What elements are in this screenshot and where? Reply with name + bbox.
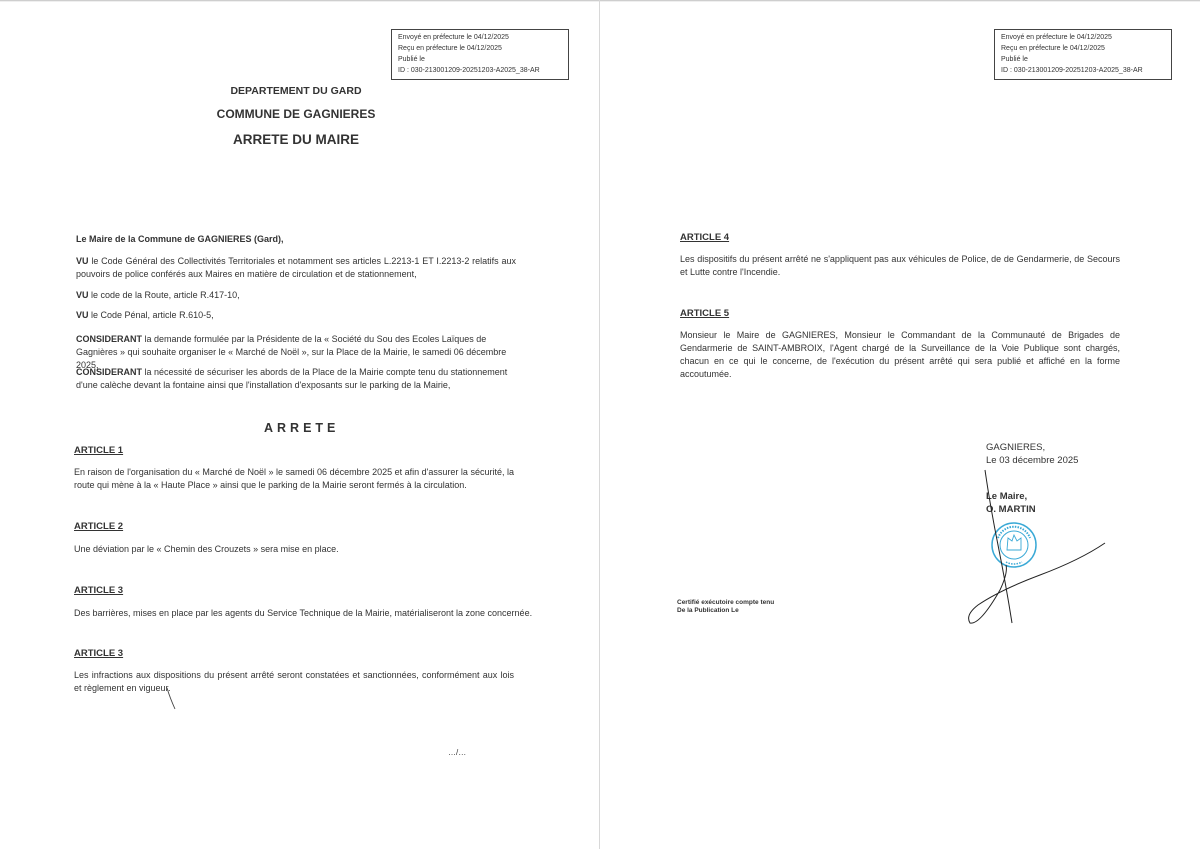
signature-place: GAGNIERES, bbox=[986, 441, 1045, 454]
considerant-label: CONSIDERANT bbox=[76, 367, 142, 377]
prefecture-stamp: Envoyé en préfecture le 04/12/2025 Reçu … bbox=[391, 29, 569, 80]
scan-edge bbox=[0, 0, 600, 2]
article-4-title: ARTICLE 4 bbox=[680, 232, 729, 243]
stamp-sent: Envoyé en préfecture le 04/12/2025 bbox=[1001, 32, 1171, 43]
stamp-received: Reçu en préfecture le 04/12/2025 bbox=[398, 43, 568, 54]
department-heading: DEPARTEMENT DU GARD bbox=[196, 85, 396, 97]
vu-code-route: VU le code de la Route, article R.417-10… bbox=[76, 289, 516, 302]
continuation-marker: …/… bbox=[448, 746, 466, 759]
page-1: Envoyé en préfecture le 04/12/2025 Reçu … bbox=[0, 0, 600, 849]
vu-label: VU bbox=[76, 290, 89, 300]
vu-text: le Code Général des Collectivités Territ… bbox=[76, 256, 516, 279]
stamp-sent: Envoyé en préfecture le 04/12/2025 bbox=[398, 32, 568, 43]
page-2: Envoyé en préfecture le 04/12/2025 Reçu … bbox=[600, 0, 1200, 849]
article-5-text: Monsieur le Maire de GAGNIERES, Monsieur… bbox=[680, 329, 1120, 381]
considerant-label: CONSIDERANT bbox=[76, 334, 142, 344]
handwritten-signature bbox=[960, 465, 1110, 630]
stamp-published: Publié le bbox=[1001, 54, 1171, 65]
scan-edge bbox=[600, 0, 1200, 2]
certification-line-1: Certifié exécutoire compte tenu bbox=[677, 599, 774, 607]
pen-mark bbox=[165, 686, 179, 712]
stamp-published: Publié le bbox=[398, 54, 568, 65]
arrete-heading: ARRETE bbox=[264, 421, 339, 435]
article-2-title: ARTICLE 2 bbox=[74, 521, 123, 532]
article-1-title: ARTICLE 1 bbox=[74, 445, 123, 456]
commune-heading: COMMUNE DE GAGNIERES bbox=[196, 107, 396, 121]
considerant-security: CONSIDERANT la nécessité de sécuriser le… bbox=[76, 366, 521, 392]
vu-text: le code de la Route, article R.417-10, bbox=[89, 290, 240, 300]
article-3b-text: Les infractions aux dispositions du prés… bbox=[74, 669, 514, 695]
stamp-id: ID : 030-213001209-20251203-A2025_38-AR bbox=[1001, 65, 1171, 76]
article-3-title: ARTICLE 3 bbox=[74, 585, 123, 596]
document-title: ARRETE DU MAIRE bbox=[196, 132, 396, 147]
vu-code-penal: VU le Code Pénal, article R.610-5, bbox=[76, 309, 516, 322]
article-3b-title: ARTICLE 3 bbox=[74, 648, 123, 659]
vu-text: le Code Pénal, article R.610-5, bbox=[89, 310, 214, 320]
vu-label: VU bbox=[76, 256, 89, 266]
article-1-text: En raison de l'organisation du « Marché … bbox=[74, 466, 514, 492]
article-2-text: Une déviation par le « Chemin des Crouze… bbox=[74, 543, 514, 556]
vu-label: VU bbox=[76, 310, 89, 320]
vu-cgct: VU le Code Général des Collectivités Ter… bbox=[76, 255, 516, 281]
prefecture-stamp: Envoyé en préfecture le 04/12/2025 Reçu … bbox=[994, 29, 1172, 80]
preamble-intro: Le Maire de la Commune de GAGNIERES (Gar… bbox=[76, 233, 516, 246]
article-5-title: ARTICLE 5 bbox=[680, 308, 729, 319]
stamp-id: ID : 030-213001209-20251203-A2025_38-AR bbox=[398, 65, 568, 76]
article-4-text: Les dispositifs du présent arrêté ne s'a… bbox=[680, 253, 1120, 279]
article-3-text: Des barrières, mises en place par les ag… bbox=[74, 607, 534, 620]
stamp-received: Reçu en préfecture le 04/12/2025 bbox=[1001, 43, 1171, 54]
certification-line-2: De la Publication Le bbox=[677, 607, 739, 615]
